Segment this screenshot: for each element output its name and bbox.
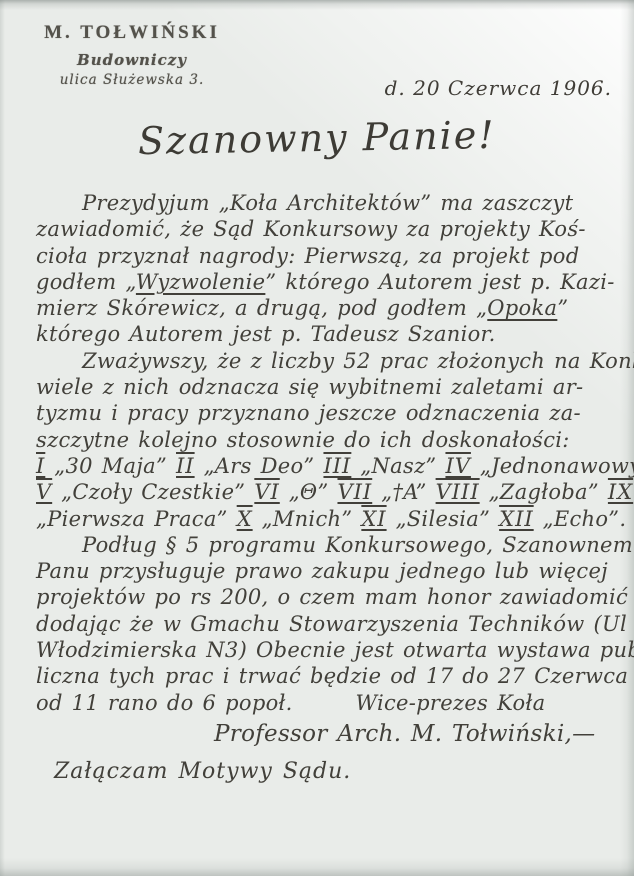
text-segment: „Echo”. (534, 507, 627, 531)
roman-numeral: XI (361, 507, 386, 531)
text-segment: Panu przysługuje prawo zakupu jednego lu… (36, 559, 608, 583)
text-segment: szczytne kolejno stosownie do ich doskon… (36, 428, 570, 452)
letter-line: wiele z nich odznacza się wybitnemi zale… (36, 374, 628, 400)
letter-line: Panu przysługuje prawo zakupu jednego lu… (36, 558, 628, 584)
letter-line: liczna tych prac i trwać będzie od 17 do… (36, 663, 628, 689)
text-segment: „Silesia” (387, 507, 500, 531)
attachment-note: Załączam Motywy Sądu. (36, 752, 628, 792)
letter-line: Prezydyjum „Koła Architektów” ma zaszczy… (36, 190, 628, 216)
roman-numeral: VI (254, 480, 279, 504)
text-segment: „Jednonawowy” (471, 454, 634, 478)
underlined-motto: Wyzwolenie (136, 270, 265, 294)
letter-line: szczytne kolejno stosownie do ich doskon… (36, 427, 628, 453)
text-segment: ” którego Autorem jest p. Kazi- (265, 270, 614, 294)
text-segment: zawiadomić, że Sąd Konkursowy za projekt… (36, 217, 586, 241)
text-segment: projektów po rs 200, o czem mam honor za… (36, 585, 628, 609)
text-segment: wiele z nich odznacza się wybitnemi zale… (36, 375, 583, 399)
roman-numeral: VIII (436, 480, 480, 504)
text-segment: Załączam Motywy Sądu. (54, 759, 351, 784)
roman-numeral: V (36, 480, 52, 504)
letter-line: Podług § 5 programu Konkursowego, Szanow… (36, 532, 628, 558)
text-segment: Zważywszy, że z liczby 52 prac złożonych… (82, 349, 634, 373)
text-segment: dodając że w Gmachu Stowarzyszenia Techn… (36, 612, 627, 636)
scanned-letter-page: { "page": { "paper_color": "#e9ece9", "i… (0, 0, 634, 876)
text-segment: „Czoły Czestkie” (52, 480, 254, 504)
text-segment: od 11 rano do 6 popoł. Wice-prezes Koła (36, 691, 545, 715)
text-segment: Włodzimierska N3) Obecnie jest otwarta w… (36, 638, 634, 662)
text-segment: „†A” (372, 480, 435, 504)
letter-body: Prezydyjum „Koła Architektów” ma zaszczy… (36, 190, 628, 792)
text-segment: którego Autorem jest p. Tadeusz Szanior. (36, 322, 496, 346)
roman-numeral: VII (337, 480, 372, 504)
letter-line: Zważywszy, że z liczby 52 prac złożonych… (36, 348, 628, 374)
letter-line: cioła przyznał nagrody: Pierwszą, za pro… (36, 243, 628, 269)
roman-numeral: I (36, 454, 45, 478)
text-segment: „Nasz” (351, 454, 445, 478)
letter-line: Włodzimierska N3) Obecnie jest otwarta w… (36, 637, 628, 663)
signature-line: Professor Arch. M. Tołwiński,— (36, 716, 628, 752)
letter-line: mierz Skórewicz, a drugą, pod godłem „Op… (36, 295, 628, 321)
letter-line: od 11 rano do 6 popoł. Wice-prezes Koła (36, 690, 628, 716)
letter-line: którego Autorem jest p. Tadeusz Szanior. (36, 321, 628, 347)
letter-line: V „Czoły Czestkie” VI „Θ” VII „†A” VIII … (36, 479, 628, 505)
text-segment: „Zagłoba” (480, 480, 608, 504)
letterhead-title: Budowniczy (42, 51, 222, 69)
text-segment: „Ars Deo” (195, 454, 324, 478)
text-segment: tyzmu i pracy przyznano jeszcze odznacze… (36, 401, 581, 425)
roman-numeral: II (176, 454, 195, 478)
text-segment: ” (557, 296, 568, 320)
text-segment: Podług § 5 programu Konkursowego, Szanow… (82, 533, 634, 557)
letter-line: dodając że w Gmachu Stowarzyszenia Techn… (36, 611, 628, 637)
text-segment: „Pierwsza Praca” (36, 507, 237, 531)
roman-numeral: IV (445, 454, 470, 478)
text-segment: Prezydyjum „Koła Architektów” ma zaszczy… (82, 191, 573, 215)
letterhead-address: ulica Służewska 3. (42, 72, 222, 88)
roman-numeral: XII (499, 507, 534, 531)
underlined-motto: Opoka (487, 296, 557, 320)
text-segment: mierz Skórewicz, a drugą, pod godłem „ (36, 296, 487, 320)
roman-numeral: IX (608, 480, 633, 504)
text-segment: godłem „ (36, 270, 136, 294)
letter-line: projektów po rs 200, o czem mam honor za… (36, 584, 628, 610)
letterhead-name: M. TOŁWIŃSKI (42, 22, 222, 44)
date-line: d. 20 Czerwca 1906. (385, 76, 612, 100)
text-segment: „30 Maja” (45, 454, 176, 478)
letter-line: „Pierwsza Praca” X „Mnich” XI „Silesia” … (36, 506, 628, 532)
letter-line: zawiadomić, że Sąd Konkursowy za projekt… (36, 216, 628, 242)
letter-line: godłem „Wyzwolenie” którego Autorem jest… (36, 269, 628, 295)
text-segment: Professor Arch. M. Tołwiński,— (214, 721, 595, 747)
letter-line: tyzmu i pracy przyznano jeszcze odznacze… (36, 400, 628, 426)
letterhead-stamp: M. TOŁWIŃSKI Budowniczy ulica Służewska … (42, 22, 222, 88)
roman-numeral: III (323, 454, 351, 478)
text-segment: liczna tych prac i trwać będzie od 17 do… (36, 664, 634, 688)
roman-numeral: X (237, 507, 253, 531)
text-segment: „Θ” (280, 480, 338, 504)
text-segment: cioła przyznał nagrody: Pierwszą, za pro… (36, 244, 579, 268)
salutation: Szanowny Panie! (138, 113, 496, 163)
text-segment: „Mnich” (253, 507, 362, 531)
letter-line: I „30 Maja” II „Ars Deo” III „Nasz” IV „… (36, 453, 628, 479)
